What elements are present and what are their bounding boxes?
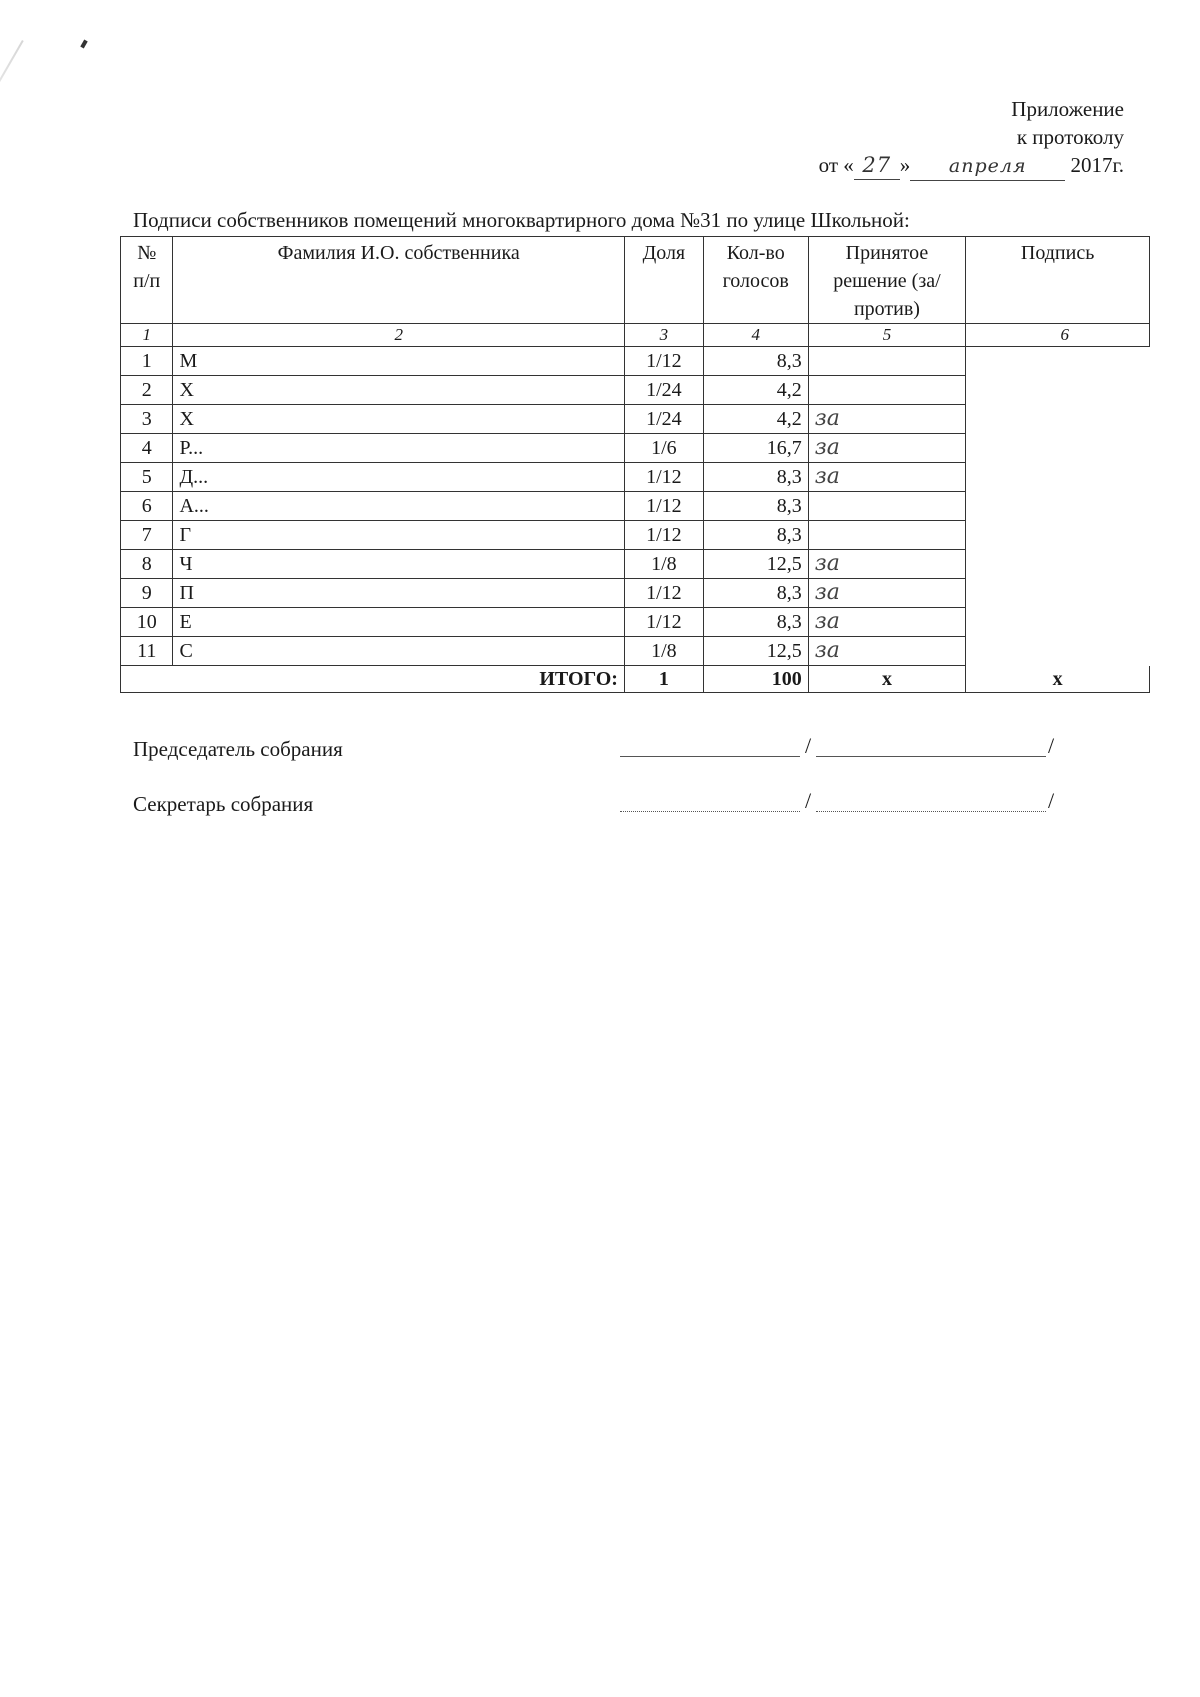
- owner-votes: 12,5: [703, 637, 808, 666]
- owner-signature: [966, 405, 1150, 434]
- owner-name: Х: [173, 405, 624, 434]
- date-year: 2017г.: [1071, 153, 1125, 177]
- owner-votes: 8,3: [703, 521, 808, 550]
- handwritten-decision: за: [815, 435, 840, 460]
- owner-name: Г: [173, 521, 624, 550]
- table-row: 9П1/128,3за: [121, 579, 1150, 608]
- owner-share: 1/12: [624, 608, 703, 637]
- header-share: Доля: [624, 237, 703, 324]
- table-row: 5Д...1/128,3за: [121, 463, 1150, 492]
- owner-votes: 8,3: [703, 347, 808, 376]
- owner-share: 1/6: [624, 434, 703, 463]
- table-row: 10Е1/128,3за: [121, 608, 1150, 637]
- owner-share: 1/8: [624, 550, 703, 579]
- date-prefix: от «: [819, 153, 854, 177]
- owner-signature: [966, 608, 1150, 637]
- owner-name: П: [173, 579, 624, 608]
- owner-signature: [966, 492, 1150, 521]
- owner-votes: 8,3: [703, 608, 808, 637]
- owner-share: 1/12: [624, 521, 703, 550]
- column-number: 3: [624, 324, 703, 347]
- date-mid: »: [900, 153, 911, 177]
- owner-votes: 8,3: [703, 579, 808, 608]
- table-caption: Подписи собственников помещений многоква…: [133, 208, 910, 233]
- owner-name: А...: [173, 492, 624, 521]
- owner-name: Е: [173, 608, 624, 637]
- owner-name: Р...: [173, 434, 624, 463]
- table-row: 2Х1/244,2: [121, 376, 1150, 405]
- total-votes: 100: [703, 666, 808, 693]
- owner-decision: за: [808, 608, 966, 637]
- scan-artifact-dot: [80, 40, 87, 49]
- owner-name: Д...: [173, 463, 624, 492]
- owner-signature: [966, 637, 1150, 666]
- column-number: 5: [808, 324, 966, 347]
- row-num: 10: [121, 608, 173, 637]
- handwritten-decision: за: [815, 580, 840, 605]
- owner-decision: за: [808, 434, 966, 463]
- handwritten-decision: за: [815, 638, 840, 663]
- date-day: 27: [854, 151, 900, 180]
- handwritten-decision: за: [815, 406, 840, 431]
- owner-share: 1/12: [624, 492, 703, 521]
- secretary-label: Секретарь собрания: [133, 792, 313, 817]
- row-num: 3: [121, 405, 173, 434]
- owner-share: 1/12: [624, 579, 703, 608]
- chairman-label: Председатель собрания: [133, 737, 343, 762]
- owner-decision: [808, 521, 966, 550]
- owner-signature: [966, 463, 1150, 492]
- owner-votes: 4,2: [703, 405, 808, 434]
- owner-name: Х: [173, 376, 624, 405]
- row-num: 8: [121, 550, 173, 579]
- owner-signature: [966, 347, 1150, 376]
- row-num: 9: [121, 579, 173, 608]
- column-number-row: 1 2 3 4 5 6: [121, 324, 1150, 347]
- owner-decision: за: [808, 463, 966, 492]
- row-num: 4: [121, 434, 173, 463]
- owner-signature: [966, 550, 1150, 579]
- appendix-title: Приложение: [819, 95, 1124, 123]
- owner-votes: 12,5: [703, 550, 808, 579]
- owner-votes: 4,2: [703, 376, 808, 405]
- table-row: 6А...1/128,3: [121, 492, 1150, 521]
- header-signature: Подпись: [966, 237, 1150, 324]
- row-num: 5: [121, 463, 173, 492]
- table-row: 11С1/812,5за: [121, 637, 1150, 666]
- owner-decision: за: [808, 405, 966, 434]
- owner-name: Ч: [173, 550, 624, 579]
- owner-votes: 16,7: [703, 434, 808, 463]
- owner-decision: [808, 492, 966, 521]
- total-share: 1: [624, 666, 703, 693]
- header-name: Фамилия И.О. собственника: [173, 237, 624, 324]
- handwritten-decision: за: [815, 551, 840, 576]
- owner-name: М: [173, 347, 624, 376]
- owner-share: 1/12: [624, 463, 703, 492]
- owner-share: 1/24: [624, 376, 703, 405]
- total-row: ИТОГО: 1 100 х х: [121, 666, 1150, 693]
- owner-signature: [966, 434, 1150, 463]
- owner-votes: 8,3: [703, 492, 808, 521]
- table-row: 1М1/128,3: [121, 347, 1150, 376]
- column-number: 6: [966, 324, 1150, 347]
- owner-share: 1/24: [624, 405, 703, 434]
- row-num: 1: [121, 347, 173, 376]
- row-num: 7: [121, 521, 173, 550]
- row-num: 6: [121, 492, 173, 521]
- owner-votes: 8,3: [703, 463, 808, 492]
- header-decision: Принятое решение (за/против): [808, 237, 966, 324]
- column-number: 1: [121, 324, 173, 347]
- owner-signature: [966, 376, 1150, 405]
- owner-signature: [966, 521, 1150, 550]
- total-decision: х: [808, 666, 966, 693]
- owner-share: 1/12: [624, 347, 703, 376]
- owner-signature: [966, 579, 1150, 608]
- owner-decision: [808, 347, 966, 376]
- owner-decision: за: [808, 637, 966, 666]
- table-row: 7Г1/128,3: [121, 521, 1150, 550]
- appendix-date: от «27»апреля 2017г.: [819, 151, 1124, 181]
- table-row: 3Х1/244,2за: [121, 405, 1150, 434]
- table-row: 4Р...1/616,7за: [121, 434, 1150, 463]
- owner-decision: за: [808, 550, 966, 579]
- table-row: 8Ч1/812,5за: [121, 550, 1150, 579]
- appendix-header: Приложение к протоколу от «27»апреля 201…: [819, 95, 1124, 181]
- column-number: 4: [703, 324, 808, 347]
- total-label: ИТОГО:: [121, 666, 625, 693]
- owner-decision: [808, 376, 966, 405]
- total-signature: х: [966, 666, 1150, 693]
- row-num: 2: [121, 376, 173, 405]
- header-num: № п/п: [121, 237, 173, 324]
- table-header-row: № п/п Фамилия И.О. собственника Доля Кол…: [121, 237, 1150, 324]
- scan-artifact: [0, 40, 24, 136]
- handwritten-decision: за: [815, 464, 840, 489]
- column-number: 2: [173, 324, 624, 347]
- owners-votes-table: № п/п Фамилия И.О. собственника Доля Кол…: [120, 236, 1150, 693]
- header-votes: Кол-во голосов: [703, 237, 808, 324]
- owner-share: 1/8: [624, 637, 703, 666]
- date-month: апреля: [910, 152, 1065, 181]
- appendix-subtitle: к протоколу: [819, 123, 1124, 151]
- owner-name: С: [173, 637, 624, 666]
- handwritten-decision: за: [815, 609, 840, 634]
- owner-decision: за: [808, 579, 966, 608]
- row-num: 11: [121, 637, 173, 666]
